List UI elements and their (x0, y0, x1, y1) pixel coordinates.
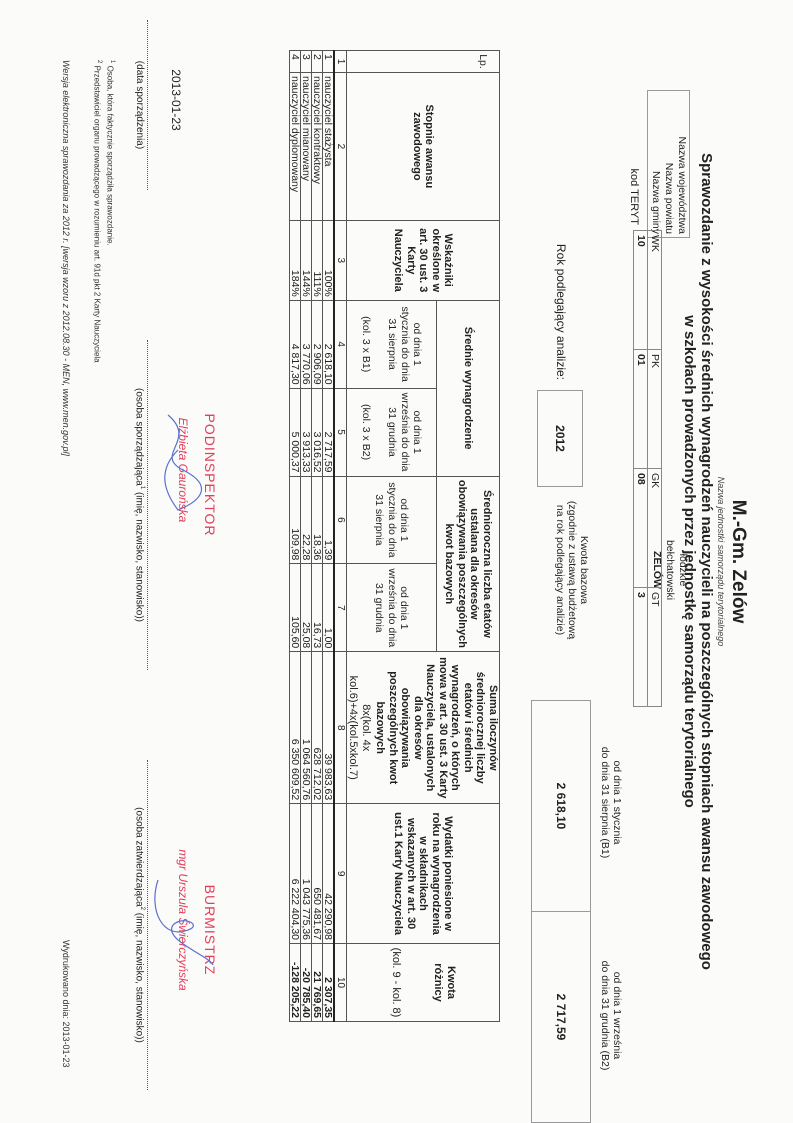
base-amount-label: Kwota bazowa (zgodnie z ustawą budżetową… (554, 470, 590, 670)
cell-sum: 39 983,63 (323, 652, 335, 804)
report-page: M.-Gm. Zelów Nazwa jednostki samorządu t… (0, 0, 793, 1123)
b1-header-line1: od dnia 1 stycznia (611, 700, 623, 905)
b1-header-line2: do dnia 31 sierpnia (B1) (599, 700, 611, 905)
cell-lp: 4 (290, 51, 301, 73)
header-expenses: Wydatki poniesione w roku na wynagrodzen… (347, 804, 500, 944)
header-fte-p1: od dnia 1 stycznia do dnia 31 sierpnia (347, 476, 437, 564)
cell-fte-p2: 16,73 (312, 564, 323, 652)
region-labels-box: Nazwa województwa Nazwa powiatu Nazwa gm… (647, 90, 690, 238)
unit-name: M.-Gm. Zelów (727, 0, 749, 1123)
teryt-value-wk: 10 (634, 231, 648, 350)
printed-date: Wydrukowano dnia: 2013-01-23 (61, 940, 71, 1068)
cell-expenses: 42 290,98 (323, 804, 335, 944)
county-label: Nazwa powiatu (662, 94, 675, 234)
county-value: bełchatowski (663, 230, 676, 910)
teryt-label: kod TERYT (628, 130, 640, 225)
approver-caption-text: (osoba zatwierdzająca (134, 807, 145, 907)
cell-indicator: 184% (290, 220, 301, 300)
salary-table: Lp. Stopnie awansu zawodowego Wskaźniki … (289, 50, 500, 1022)
cell-avg-p2: 5 000,37 (290, 388, 301, 476)
base-amount-label-line1: Kwota bazowa (578, 470, 590, 670)
cell-difference: 2 307,35 (323, 944, 335, 1022)
teryt-header-gk: GK (648, 469, 662, 588)
base-amount-label-line3: na rok podlegający analizie) (554, 470, 566, 670)
voivodeship-value: łódzkie (676, 230, 689, 910)
cell-fte-p1: 18,36 (312, 476, 323, 564)
footnote-2-text: Przedstawiciel organu prowadzącego w roz… (93, 66, 102, 363)
teryt-header-gt: GT (648, 588, 662, 707)
cell-fte-p2: 25,08 (301, 564, 312, 652)
header-lp: Lp. (347, 51, 500, 73)
cell-fte-p1: 109,98 (290, 476, 301, 564)
preparer-caption: (osoba sporządzająca1 (imię, nazwisko, s… (134, 340, 145, 670)
col-num: 5 (334, 388, 347, 476)
cell-avg-p2: 2 717,59 (323, 388, 335, 476)
cell-degree: nauczyciel kontraktowy (312, 72, 323, 220)
year-label: Rok podlegający analizie: (554, 140, 568, 380)
base-amount-label-line2: (zgodnie z ustawą budżetową (566, 470, 578, 670)
preparation-date: 2013-01-23 (169, 40, 183, 160)
cell-difference: -20 785,40 (301, 944, 312, 1022)
report-title-line1: Sprawozdanie z wysokości średnich wynagr… (698, 0, 715, 1123)
footnotes: 1 Osoba, która faktycznie sporządziła sp… (92, 60, 117, 363)
table-row: 2nauczyciel kontraktowy111%2 906,093 016… (312, 51, 323, 1022)
cell-avg-p2: 3 016,52 (312, 388, 323, 476)
commune-label: Nazwa gminy (649, 94, 662, 234)
cell-sum: 628 712,02 (312, 652, 323, 804)
unit-caption: Nazwa jednostki samorządu terytorialnego (716, 0, 726, 1123)
b1-value: 2 618,10 (531, 700, 591, 912)
cell-avg-p1: 4 817,30 (290, 300, 301, 388)
teryt-value-gk: 08 (634, 469, 648, 588)
cell-indicator: 111% (312, 220, 323, 300)
cell-lp: 3 (301, 51, 312, 73)
teryt-table: WK PK GK GT 10 01 08 3 (633, 230, 662, 707)
b1-header: od dnia 1 stycznia do dnia 31 sierpnia (… (599, 700, 623, 905)
table-row: 4nauczyciel dyplomowany184%4 817,305 000… (290, 51, 301, 1022)
table-row: 1nauczyciel stażysta100%2 618,102 717,59… (323, 51, 335, 1022)
b2-header-line2: do dnia 31 grudnia (B2) (599, 913, 611, 1118)
col-num: 10 (334, 944, 347, 1022)
header-fte-p2: od dnia 1 września do dnia 31 grudnia (347, 564, 437, 652)
b2-header-line1: od dnia 1 września (611, 913, 623, 1118)
cell-degree: nauczyciel mianowany (301, 72, 312, 220)
col-num: 8 (334, 652, 347, 804)
cell-expenses: 6 222 404,30 (290, 804, 301, 944)
teryt-value-pk: 01 (634, 350, 648, 469)
footnote-1-text: Osoba, która faktycznie sporządziła spra… (105, 66, 114, 246)
col-num: 6 (334, 476, 347, 564)
approver-caption-tail: (imię, nazwisko, stanowisko)) (134, 910, 145, 1043)
header-avg-salary: Średnie wynagrodzenie (436, 300, 499, 476)
cell-avg-p2: 3 913,33 (301, 388, 312, 476)
cell-avg-p1: 2 618,10 (323, 300, 335, 388)
cell-degree: nauczyciel dyplomowany (290, 72, 301, 220)
header-sum-products: Suma iloczynów średniorocznej liczby eta… (347, 652, 500, 804)
cell-sum: 6 350 609,52 (290, 652, 301, 804)
column-number-row: 1 2 3 4 5 6 7 8 9 10 (334, 51, 347, 1022)
header-avg-p2: od dnia 1 września do dnia 31 grudnia (k… (347, 388, 437, 476)
col-num: 3 (334, 220, 347, 300)
approver-dotted-line (147, 760, 148, 1090)
cell-indicator: 144% (301, 220, 312, 300)
cell-fte-p1: 1,39 (323, 476, 335, 564)
avg-p1-note: (kol. 3 x B1) (359, 304, 372, 385)
header-difference: Kwota różnicy (kol. 9 - kol. 8) (347, 944, 500, 1022)
sum-formula-line1: 8x(kol. 4x (360, 655, 373, 800)
avg-p1-text: od dnia 1 stycznia do dnia 31 sierpnia (386, 307, 423, 382)
col-num: 7 (334, 564, 347, 652)
header-fte: Średnioroczna liczba etatów ustalana dla… (436, 476, 499, 652)
voivodeship-label: Nazwa województwa (675, 94, 688, 234)
header-indicators: Wskaźniki określone w art. 30 ust. 3 Kar… (347, 220, 500, 300)
avg-p2-text: od dnia 1 września do dnia 31 grudnia (386, 393, 423, 472)
teryt-header-wk: WK (648, 231, 662, 350)
teryt-header-pk: PK (648, 350, 662, 469)
preparer-dotted-line (147, 340, 148, 670)
cell-fte-p2: 105,60 (290, 564, 301, 652)
cell-expenses: 1 043 775,36 (301, 804, 312, 944)
date-dotted-line (147, 20, 148, 190)
header-avg-p1: od dnia 1 stycznia do dnia 31 sierpnia (… (347, 300, 437, 388)
approver-signature-icon (143, 870, 218, 980)
preparer-signature-icon (148, 410, 208, 520)
cell-degree: nauczyciel stażysta (323, 72, 335, 220)
preparer-caption-text: (osoba sporządzająca (134, 388, 145, 486)
cell-expenses: 650 481,67 (312, 804, 323, 944)
cell-avg-p1: 3 770,06 (301, 300, 312, 388)
footnote-2: 2 Przedstawiciel organu prowadzącego w r… (92, 60, 105, 363)
teryt-value-gt: 3 (634, 588, 648, 707)
footnote-1: 1 Osoba, która faktycznie sporządziła sp… (104, 60, 117, 363)
approver-caption: (osoba zatwierdzająca2 (imię, nazwisko, … (134, 760, 145, 1090)
cell-fte-p2: 1,00 (323, 564, 335, 652)
col-num: 4 (334, 300, 347, 388)
date-caption: (data sporządzenia) (134, 20, 145, 190)
cell-indicator: 100% (323, 220, 335, 300)
cell-fte-p1: 22,28 (301, 476, 312, 564)
table-row: 3nauczyciel mianowany144%3 770,063 913,3… (301, 51, 312, 1022)
cell-lp: 2 (312, 51, 323, 73)
col-num: 1 (334, 51, 347, 73)
col-num: 2 (334, 72, 347, 220)
header-sum-products-text: Suma iloczynów średniorocznej liczby eta… (375, 657, 500, 798)
cell-avg-p1: 2 906,09 (312, 300, 323, 388)
header-degree: Stopnie awansu zawodowego (347, 72, 500, 220)
difference-note: (kol. 9 - kol. 8) (389, 947, 402, 1018)
preparer-caption-tail: (imię, nazwisko, stanowisko)) (134, 489, 145, 622)
b2-value: 2 717,59 (531, 911, 591, 1123)
header-difference-text: Kwota różnicy (432, 963, 457, 1002)
cell-difference: 21 769,65 (312, 944, 323, 1022)
b2-header: od dnia 1 września do dnia 31 grudnia (B… (599, 913, 623, 1118)
sum-formula-line2: kol.6)+4x(kol.5xkol.7) (347, 655, 360, 800)
avg-p2-note: (kol. 3 x B2) (359, 392, 372, 473)
version-footer: Wersja elektroniczna sprawozdania za 201… (61, 60, 71, 456)
cell-sum: 1 064 560,76 (301, 652, 312, 804)
col-num: 9 (334, 804, 347, 944)
cell-lp: 1 (323, 51, 335, 73)
cell-difference: -128 205,22 (290, 944, 301, 1022)
